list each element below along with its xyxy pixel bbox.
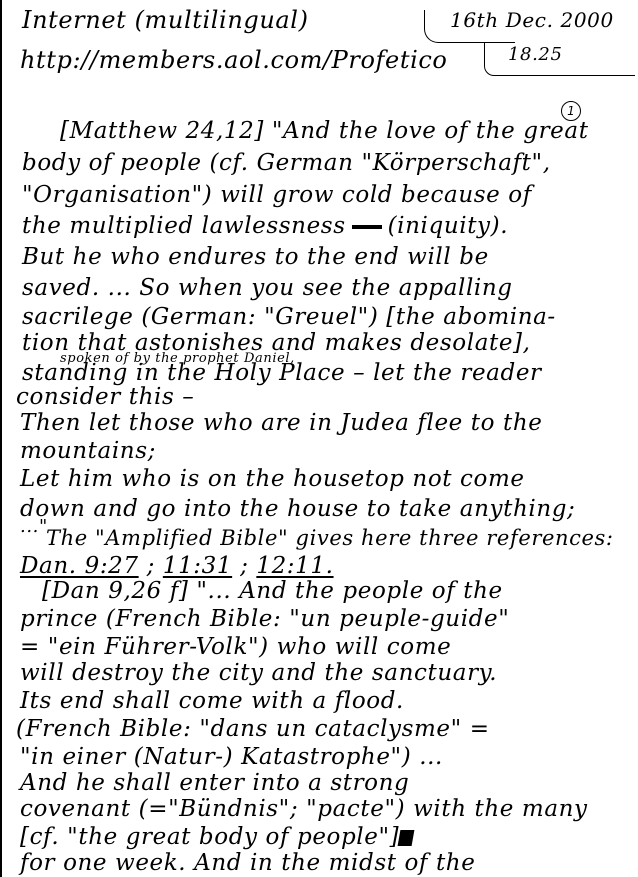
text-line: Let him who is on the housetop not come <box>20 468 525 491</box>
text-line: prince (French Bible: "un peuple-guide" <box>20 608 509 631</box>
text-line: covenant (="Bündnis"; "pacte") with the … <box>20 798 588 821</box>
text-line: Its end shall come with a flood. <box>20 690 404 713</box>
text-line: But he who endures to the end will be <box>22 246 489 269</box>
text-line: "in einer (Natur-) Katastrophe") ... <box>20 746 443 769</box>
text-line: [Matthew 24,12] "And the love of the gre… <box>60 120 589 143</box>
text-line: "Organisation") will grow cold because o… <box>22 184 532 207</box>
reference-dan-11-31: 11:31 <box>163 553 232 579</box>
reference-dan-9-27: Dan. 9:27 <box>20 553 139 579</box>
header-title: Internet (multilingual) <box>22 8 309 32</box>
text-line: sacrilege (German: "Greuel") [the abomin… <box>22 306 556 329</box>
text-line: the multiplied lawlessness(iniquity). <box>22 215 508 238</box>
text-line: [Dan 9,26 f] "... And the people of the <box>42 580 503 603</box>
text-line: [cf. "the great body of people"] <box>20 826 413 849</box>
text-line: consider this – <box>16 386 194 409</box>
header-time: 18.25 <box>508 46 563 64</box>
header-date: 16th Dec. 2000 <box>450 10 614 30</box>
text-line: ..." <box>20 518 48 536</box>
handwritten-page: Internet (multilingual) http://members.a… <box>0 0 638 877</box>
text-line: (French Bible: "dans un cataclysme" = <box>16 718 490 741</box>
text-line: saved. ... So when you see the appalling <box>22 277 513 300</box>
text-line: down and go into the house to take anyth… <box>20 498 575 521</box>
header-url: http://members.aol.com/Profetico <box>20 48 447 72</box>
text-line: = "ein Führer-Volk") who will come <box>20 636 451 659</box>
text-line: will destroy the city and the sanctuary. <box>20 662 497 685</box>
reference-dan-12-11: 12:11. <box>256 553 333 579</box>
scribble-mark <box>352 225 382 229</box>
references-line: Dan. 9:27 ; 11:31 ; 12:11. <box>20 555 334 578</box>
text-line: mountains; <box>20 440 156 463</box>
ink-blot <box>398 830 415 846</box>
text-line: standing in the Holy Place – let the rea… <box>22 362 542 385</box>
text-line: And he shall enter into a strong <box>20 772 409 795</box>
text-line: body of people (cf. German "Körperschaft… <box>22 152 551 175</box>
text-line: Then let those who are in Judea flee to … <box>20 412 542 435</box>
text-line: for one week. And in the midst of the <box>20 852 475 875</box>
text-line: The "Amplified Bible" gives here three r… <box>46 528 614 549</box>
